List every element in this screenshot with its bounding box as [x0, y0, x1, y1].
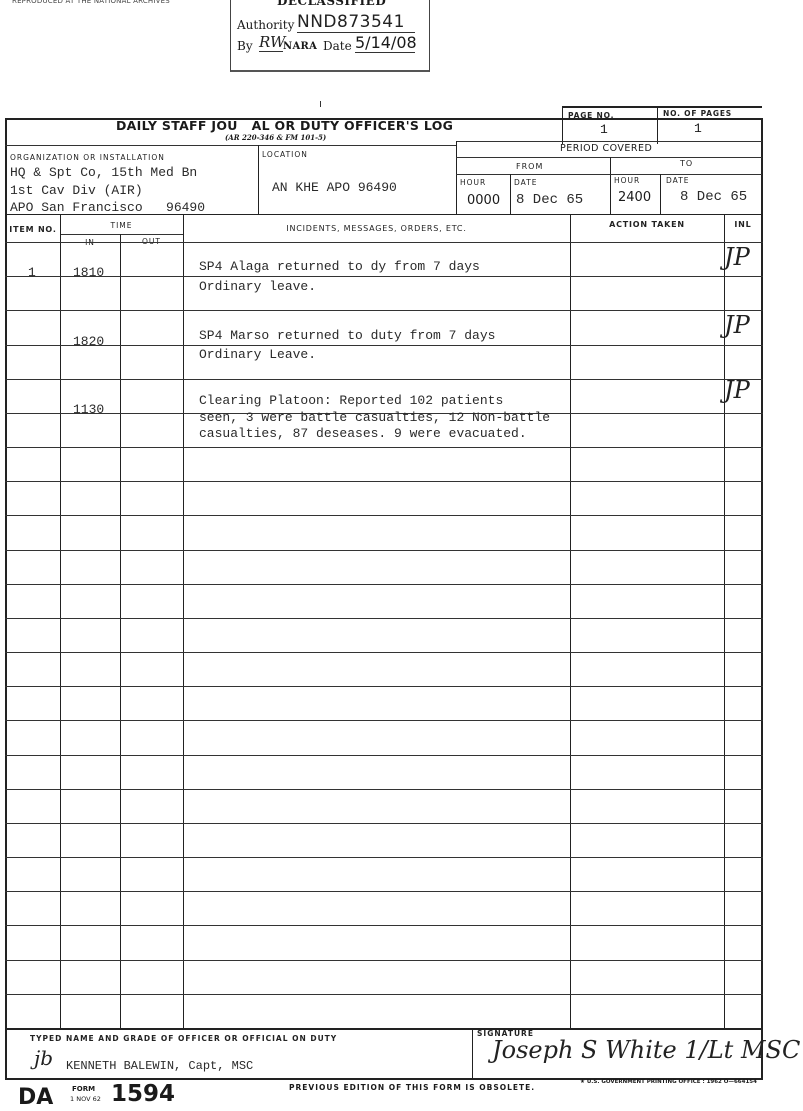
from-hour-value: 0000: [467, 193, 500, 208]
item-no-header-text: ITEM NO.: [9, 225, 56, 234]
page-no-value: 1: [600, 122, 608, 137]
table-row-line: [5, 481, 763, 482]
table-row-line: [5, 310, 763, 311]
archive-note: REPRODUCED AT THE NATIONAL ARCHIVES: [12, 0, 170, 5]
no-of-pages-label: NO. OF PAGES: [663, 109, 732, 118]
organization-line-1: HQ & Spt Co, 15th Med Bn: [10, 165, 197, 180]
to-hour-label: HOUR: [614, 176, 640, 185]
action-taken-header: ACTION TAKEN: [570, 220, 724, 229]
entry-2-time-in: 1820: [73, 334, 104, 349]
entry-2-line-1: SP4 Marso returned to duty from 7 days: [199, 328, 495, 343]
incidents-header: INCIDENTS, MESSAGES, ORDERS, ETC.: [183, 224, 570, 233]
form-title: DAILY STAFF JOU AL OR DUTY OFFICER'S LOG: [116, 118, 453, 133]
date-value: 5/14/08: [355, 33, 415, 53]
table-row-line: [5, 550, 763, 551]
top-tick-mark: [320, 101, 325, 107]
by-initials: RW: [259, 33, 283, 52]
table-row-line: [5, 925, 763, 926]
organization-line-2: 1st Cav Div (AIR): [10, 183, 143, 198]
table-row-line: [5, 686, 763, 687]
from-date-value: 8 Dec 65: [516, 192, 583, 208]
to-date-value: 8 Dec 65: [680, 189, 747, 205]
item-no-header: ITEM NO.: [8, 224, 58, 235]
entry-3-line-2: seen, 3 were battle casualties, 12 Non-b…: [199, 410, 550, 425]
table-row-line: [5, 755, 763, 756]
stamp-heading: DECLASSIFIED: [277, 0, 386, 8]
table-row-line: [5, 960, 763, 961]
from-date-label: DATE: [514, 178, 538, 187]
authority-label: Authority: [237, 18, 294, 32]
form-subtitle: (AR 220-346 & FM 101-5): [225, 133, 326, 142]
table-row-line: [5, 823, 763, 824]
table-row-line: [5, 720, 763, 721]
entry-3-initials: JP: [724, 376, 750, 404]
table-row-line: [5, 345, 763, 346]
location-value: AN KHE APO 96490: [272, 180, 397, 195]
entry-3-time-in: 1130: [73, 402, 104, 417]
from-label: FROM: [516, 162, 543, 171]
date-label: Date: [323, 39, 352, 53]
entry-1-time-in: 1810: [73, 265, 104, 280]
no-of-pages-value: 1: [694, 121, 702, 136]
entry-1-initials: JP: [724, 243, 750, 271]
to-label: TO: [680, 159, 693, 168]
entry-1-item-no: 1: [28, 265, 36, 280]
table-row-line: [5, 276, 763, 277]
from-hour-label: HOUR: [460, 178, 486, 187]
by-label: By: [237, 39, 253, 53]
agency-label: NARA: [283, 41, 317, 52]
table-row-line: [5, 242, 763, 243]
page-no-label: PAGE NO.: [568, 111, 614, 120]
officer-label: TYPED NAME AND GRADE OF OFFICER OR OFFIC…: [30, 1034, 337, 1043]
officer-initials: jb: [34, 1046, 53, 1070]
table-row-line: [5, 994, 763, 995]
form-word: FORM: [72, 1085, 95, 1093]
form-date: 1 NOV 62: [70, 1095, 101, 1103]
obsolete-note: PREVIOUS EDITION OF THIS FORM IS OBSOLET…: [289, 1083, 535, 1092]
entry-1-line-1: SP4 Alaga returned to dy from 7 days: [199, 259, 480, 274]
table-row-line: [5, 891, 763, 892]
table-row-line: [5, 857, 763, 858]
to-hour-value: 2400: [618, 190, 651, 205]
table-row-line: [5, 789, 763, 790]
officer-name: KENNETH BALEWIN, Capt, MSC: [66, 1059, 253, 1073]
authority-value: NND873541: [297, 12, 415, 33]
to-date-label: DATE: [666, 176, 690, 185]
table-row-line: [5, 379, 763, 380]
printing-note: ★ U.S. GOVERNMENT PRINTING OFFICE : 1962…: [580, 1079, 757, 1085]
organization-label: ORGANIZATION OR INSTALLATION: [10, 153, 165, 162]
table-row-line: [5, 652, 763, 653]
table-row-line: [5, 447, 763, 448]
location-label: LOCATION: [262, 150, 308, 159]
signature: Joseph S White 1/Lt MSC: [492, 1036, 800, 1064]
form-prefix: DA: [18, 1085, 53, 1110]
entry-3-line-3: casualties, 87 deseases. 9 were evacuate…: [199, 426, 527, 441]
form-number: 1594: [111, 1081, 175, 1107]
table-row-line: [5, 618, 763, 619]
entry-2-initials: JP: [724, 311, 750, 339]
entry-2-line-2: Ordinary Leave.: [199, 347, 316, 362]
table-row-line: [5, 515, 763, 516]
time-header: TIME: [60, 221, 183, 230]
period-covered-label: PERIOD COVERED: [560, 143, 652, 154]
table-row-line: [5, 584, 763, 585]
declassification-stamp: DECLASSIFIED Authority NND873541 By RW N…: [230, 0, 430, 72]
entry-1-line-2: Ordinary leave.: [199, 279, 316, 294]
organization-line-3: APO San Francisco 96490: [10, 200, 205, 215]
inl-header: INL: [724, 220, 762, 229]
entry-3-line-1: Clearing Platoon: Reported 102 patients: [199, 393, 503, 408]
